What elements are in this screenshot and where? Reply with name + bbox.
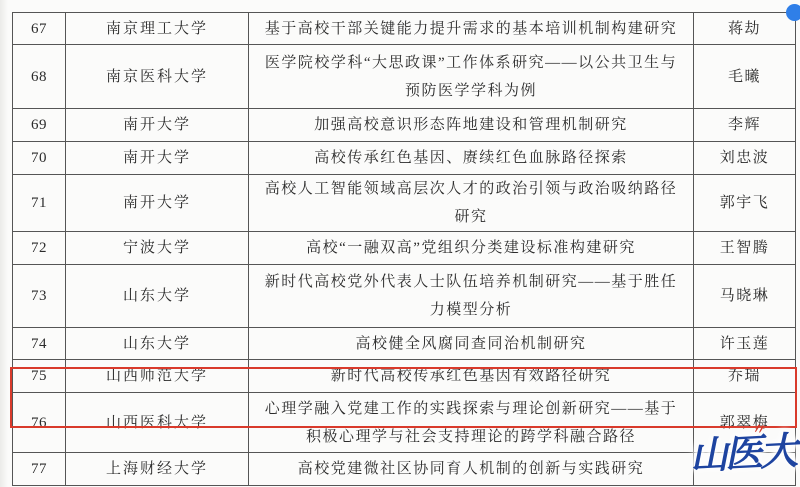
row-number-cell: 69 (13, 109, 66, 142)
person-name-cell: 乔瑞 (694, 360, 796, 393)
project-title-cell: 高校“一融双高”党组织分类建设标准构建研究 (249, 232, 694, 265)
logo-text: 山医大 (689, 431, 796, 478)
person-name-cell: 王智腾 (694, 232, 796, 265)
project-title-cell: 高校健全风腐同查同治机制研究 (249, 328, 694, 360)
project-title-cell: 基于高校干部关键能力提升需求的基本培训机制构建研究 (249, 13, 694, 45)
university-cell: 宁波大学 (66, 232, 249, 265)
person-name-cell: 刘忠波 (694, 142, 796, 175)
project-title-cell: 新时代高校传承红色基因有效路径研究 (249, 360, 694, 393)
project-title-cell: 高校党建微社区协同育人机制的创新与实践研究 (249, 453, 694, 486)
row-number-cell: 76 (13, 393, 66, 453)
notification-dot (786, 4, 800, 21)
table-row: 67 南京理工大学 基于高校干部关键能力提升需求的基本培训机制构建研究 蒋劫 (13, 13, 796, 45)
table-row: 77 上海财经大学 高校党建微社区协同育人机制的创新与实践研究 (13, 453, 796, 486)
project-title-cell: 医学院校学科“大思政课”工作体系研究——以公共卫生与预防医学学科为例 (249, 45, 694, 109)
project-title-cell: 新时代高校党外代表人士队伍培养机制研究——基于胜任力模型分析 (249, 265, 694, 328)
row-number-cell: 70 (13, 142, 66, 175)
university-cell: 南京医科大学 (66, 45, 249, 109)
university-cell: 山东大学 (66, 265, 249, 328)
row-number-cell: 73 (13, 265, 66, 328)
row-number-cell: 75 (13, 360, 66, 393)
row-number-cell: 72 (13, 232, 66, 265)
project-title-cell: 高校人工智能领域高层次人才的政治引领与政治吸纳路径研究 (249, 175, 694, 232)
person-name-cell: 毛曦 (694, 45, 796, 109)
university-cell: 上海财经大学 (66, 453, 249, 486)
shanyida-logo: 山医大 〃 (689, 423, 800, 487)
university-cell: 南开大学 (66, 142, 249, 175)
person-name-cell: 李辉 (694, 109, 796, 142)
table-row: 72 宁波大学 高校“一融双高”党组织分类建设标准构建研究 王智腾 (13, 232, 796, 265)
university-cell: 南京理工大学 (66, 13, 249, 45)
university-cell: 南开大学 (66, 175, 249, 232)
logo-accent-mark: 〃 (751, 422, 768, 439)
table-row: 74 山东大学 高校健全风腐同查同治机制研究 许玉莲 (13, 328, 796, 360)
university-cell: 山西医科大学 (66, 393, 249, 453)
row-number-cell: 67 (13, 13, 66, 45)
row-number-cell: 68 (13, 45, 66, 109)
project-title-cell: 高校传承红色基因、赓续红色血脉路径探索 (249, 142, 694, 175)
row-number-cell: 77 (13, 453, 66, 486)
table-row-highlighted: 76 山西医科大学 心理学融入党建工作的实践探索与理论创新研究——基于积极心理学… (13, 393, 796, 453)
row-number-cell: 74 (13, 328, 66, 360)
person-name-cell: 郭宇飞 (694, 175, 796, 232)
table-row: 70 南开大学 高校传承红色基因、赓续红色血脉路径探索 刘忠波 (13, 142, 796, 175)
document-page: 67 南京理工大学 基于高校干部关键能力提升需求的基本培训机制构建研究 蒋劫 6… (0, 0, 800, 487)
row-number-cell: 71 (13, 175, 66, 232)
table-row: 73 山东大学 新时代高校党外代表人士队伍培养机制研究——基于胜任力模型分析 马… (13, 265, 796, 328)
page-edge-shadow (0, 0, 8, 487)
project-title-cell: 加强高校意识形态阵地建设和管理机制研究 (249, 109, 694, 142)
project-title-cell: 心理学融入党建工作的实践探索与理论创新研究——基于积极心理学与社会支持理论的跨学… (249, 393, 694, 453)
research-topic-table: 67 南京理工大学 基于高校干部关键能力提升需求的基本培训机制构建研究 蒋劫 6… (12, 12, 796, 486)
university-cell: 南开大学 (66, 109, 249, 142)
table-row: 71 南开大学 高校人工智能领域高层次人才的政治引领与政治吸纳路径研究 郭宇飞 (13, 175, 796, 232)
table-row: 75 山西师范大学 新时代高校传承红色基因有效路径研究 乔瑞 (13, 360, 796, 393)
university-cell: 山西师范大学 (66, 360, 249, 393)
table-row: 68 南京医科大学 医学院校学科“大思政课”工作体系研究——以公共卫生与预防医学… (13, 45, 796, 109)
person-name-cell: 许玉莲 (694, 328, 796, 360)
university-cell: 山东大学 (66, 328, 249, 360)
table-row: 69 南开大学 加强高校意识形态阵地建设和管理机制研究 李辉 (13, 109, 796, 142)
person-name-cell: 蒋劫 (694, 13, 796, 45)
person-name-cell: 马晓琳 (694, 265, 796, 328)
